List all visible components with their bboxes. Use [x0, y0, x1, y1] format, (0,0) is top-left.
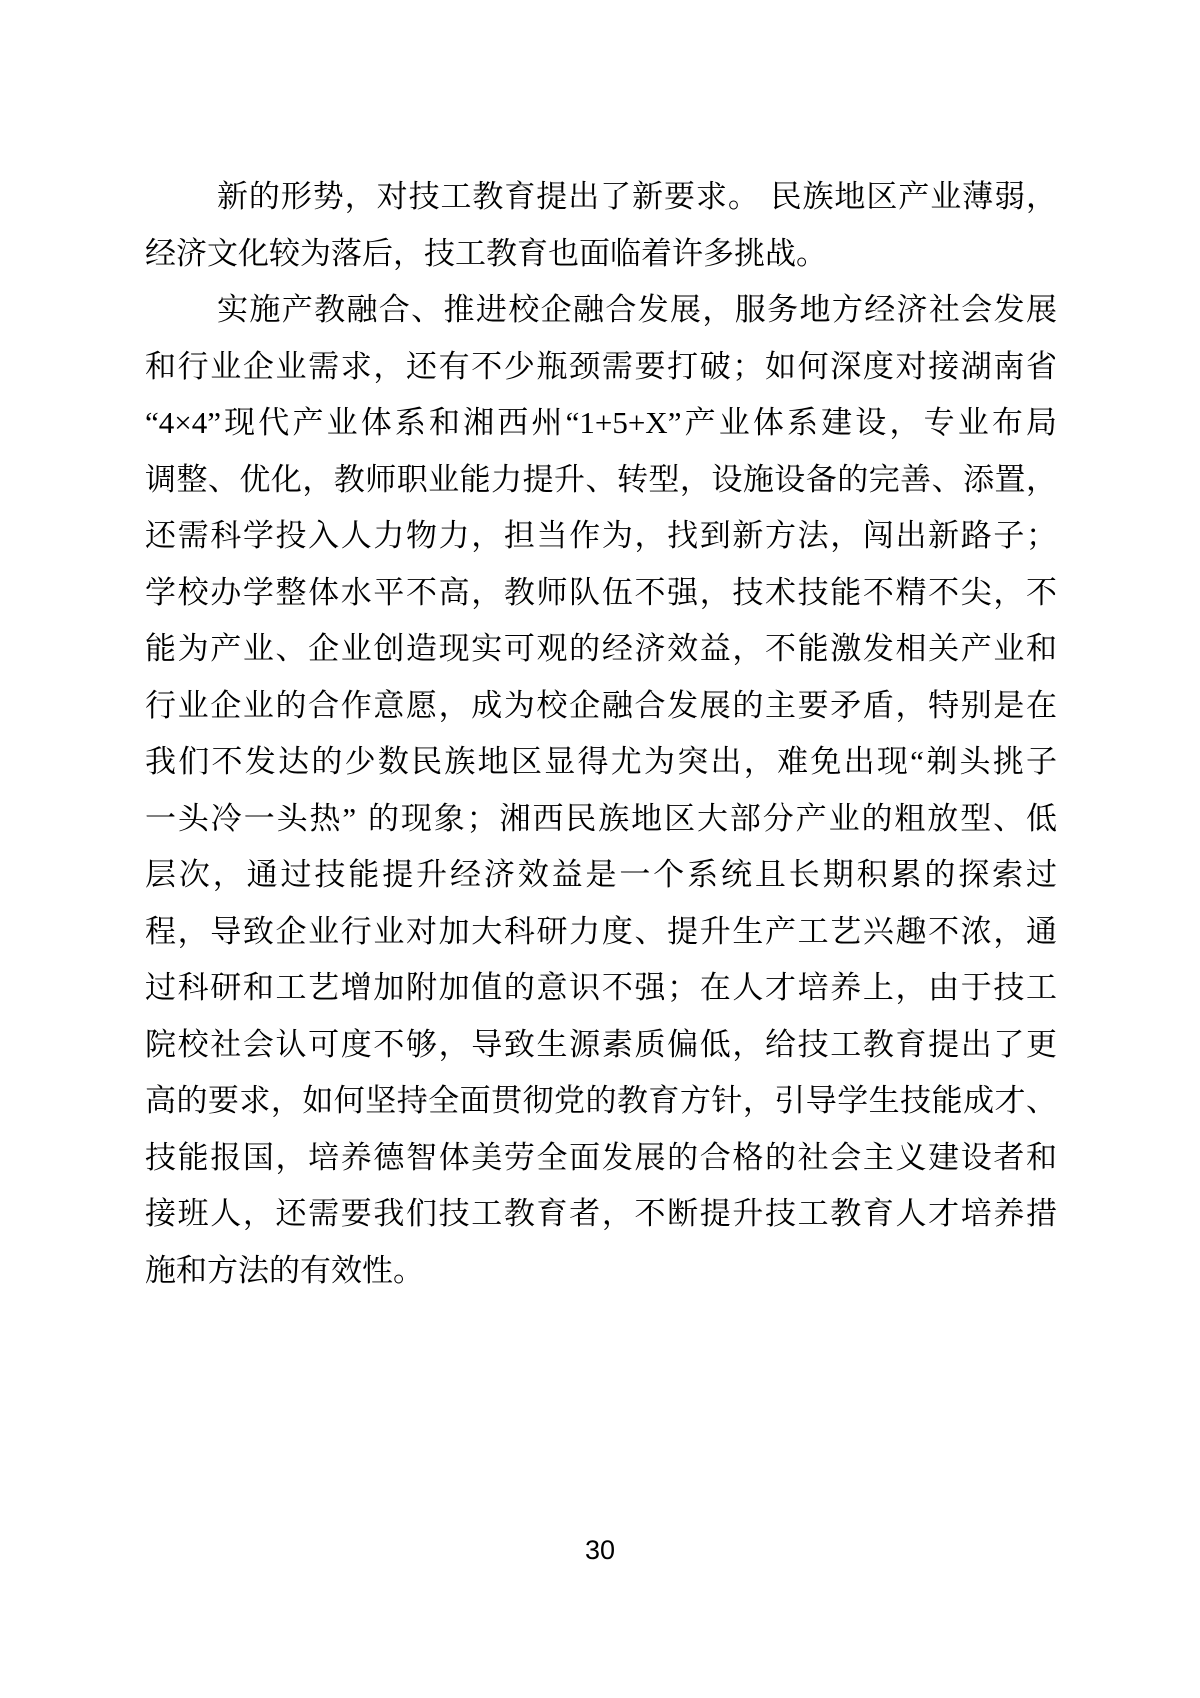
cjk-text-segment: 还需科学投入人力物力，担当作为，找到新方法，闯出新路子；: [145, 518, 1057, 554]
text-line: 新的形势，对技工教育提出了新要求。 民族地区产业薄弱，: [145, 169, 1057, 226]
document-body: 新的形势，对技工教育提出了新要求。 民族地区产业薄弱，经济文化较为落后，技工教育…: [145, 169, 1057, 1299]
text-line: 行业企业的合作意愿，成为校企融合发展的主要矛盾，特别是在: [145, 678, 1057, 735]
latin-text-segment: ”: [342, 801, 356, 836]
cjk-text-segment: 能为产业、企业创造现实可观的经济效益，不能激发相关产业和: [145, 631, 1057, 667]
text-line: 一头冷一头热” 的现象；湘西民族地区大部分产业的粗放型、低: [145, 791, 1057, 848]
cjk-text-segment: 我们不发达的少数民族地区显得尤为突出，难免出现: [145, 744, 910, 780]
text-line: 还需科学投入人力物力，担当作为，找到新方法，闯出新路子；: [145, 508, 1057, 565]
cjk-text-segment: 高的要求，如何坚持全面贯彻党的教育方针，引导学生技能成才、: [145, 1083, 1057, 1119]
cjk-text-segment: 院校社会认可度不够，导致生源素质偏低，给技工教育提出了更: [145, 1027, 1057, 1063]
cjk-text-segment: 产业体系建设，专业布局: [681, 405, 1057, 441]
cjk-text-segment: 现代产业体系和湘西州: [221, 405, 566, 441]
text-line: 和行业企业需求，还有不少瓶颈需要打破；如何深度对接湖南省: [145, 339, 1057, 396]
text-line: 学校办学整体水平不高，教师队伍不强，技术技能不精不尖，不: [145, 565, 1057, 622]
page-number: 30: [585, 1535, 615, 1565]
cjk-text-segment: 学校办学整体水平不高，教师队伍不强，技术技能不精不尖，不: [145, 575, 1057, 611]
text-line: 施和方法的有效性。: [145, 1243, 1057, 1300]
text-line: “4×4”现代产业体系和湘西州“1+5+X”产业体系建设，专业布局: [145, 395, 1057, 452]
text-line: 过科研和工艺增加附加值的意识不强；在人才培养上，由于技工: [145, 960, 1057, 1017]
text-line: 我们不发达的少数民族地区显得尤为突出，难免出现“剃头挑子: [145, 734, 1057, 791]
text-line: 实施产教融合、推进校企融合发展，服务地方经济社会发展: [145, 282, 1057, 339]
text-line: 高的要求，如何坚持全面贯彻党的教育方针，引导学生技能成才、: [145, 1073, 1057, 1130]
cjk-text-segment: 施和方法的有效性。: [145, 1253, 424, 1289]
text-line: 层次，通过技能提升经济效益是一个系统且长期积累的探索过: [145, 847, 1057, 904]
cjk-text-segment: 层次，通过技能提升经济效益是一个系统且长期积累的探索过: [145, 857, 1057, 893]
cjk-text-segment: 过科研和工艺增加附加值的意识不强；在人才培养上，由于技工: [145, 970, 1057, 1006]
cjk-text-segment: 的现象；湘西民族地区大部分产业的粗放型、低: [356, 801, 1057, 837]
cjk-text-segment: 技能报国，培养德智体美劳全面发展的合格的社会主义建设者和: [145, 1140, 1057, 1176]
text-line: 接班人，还需要我们技工教育者，不断提升技工教育人才培养措: [145, 1186, 1057, 1243]
page-footer: 30: [0, 1535, 1200, 1565]
text-line: 经济文化较为落后，技工教育也面临着许多挑战。: [145, 226, 1057, 283]
cjk-text-segment: 行业企业的合作意愿，成为校企融合发展的主要矛盾，特别是在: [145, 688, 1057, 724]
cjk-text-segment: 一头冷一头热: [145, 801, 342, 837]
text-line: 调整、优化，教师职业能力提升、转型，设施设备的完善、添置，: [145, 452, 1057, 509]
cjk-text-segment: 经济文化较为落后，技工教育也面临着许多挑战。: [145, 236, 827, 272]
latin-text-segment: “1+5+X”: [566, 405, 682, 440]
cjk-text-segment: 调整、优化，教师职业能力提升、转型，设施设备的完善、添置，: [145, 462, 1057, 498]
cjk-text-segment: 实施产教融合、推进校企融合发展，服务地方经济社会发展: [217, 292, 1057, 328]
document-page: 新的形势，对技工教育提出了新要求。 民族地区产业薄弱，经济文化较为落后，技工教育…: [0, 0, 1200, 1698]
text-line: 程，导致企业行业对加大科研力度、提升生产工艺兴趣不浓，通: [145, 904, 1057, 961]
cjk-text-segment: 剃头挑子: [924, 744, 1057, 780]
latin-text-segment: “4×4”: [145, 405, 221, 440]
cjk-text-segment: 程，导致企业行业对加大科研力度、提升生产工艺兴趣不浓，通: [145, 914, 1057, 950]
cjk-text-segment: 新的形势，对技工教育提出了新要求。 民族地区产业薄弱，: [217, 179, 1057, 215]
text-line: 院校社会认可度不够，导致生源素质偏低，给技工教育提出了更: [145, 1017, 1057, 1074]
cjk-text-segment: 接班人，还需要我们技工教育者，不断提升技工教育人才培养措: [145, 1196, 1057, 1232]
cjk-text-segment: 和行业企业需求，还有不少瓶颈需要打破；如何深度对接湖南省: [145, 349, 1057, 385]
text-line: 技能报国，培养德智体美劳全面发展的合格的社会主义建设者和: [145, 1130, 1057, 1187]
text-line: 能为产业、企业创造现实可观的经济效益，不能激发相关产业和: [145, 621, 1057, 678]
latin-text-segment: “: [910, 744, 924, 779]
